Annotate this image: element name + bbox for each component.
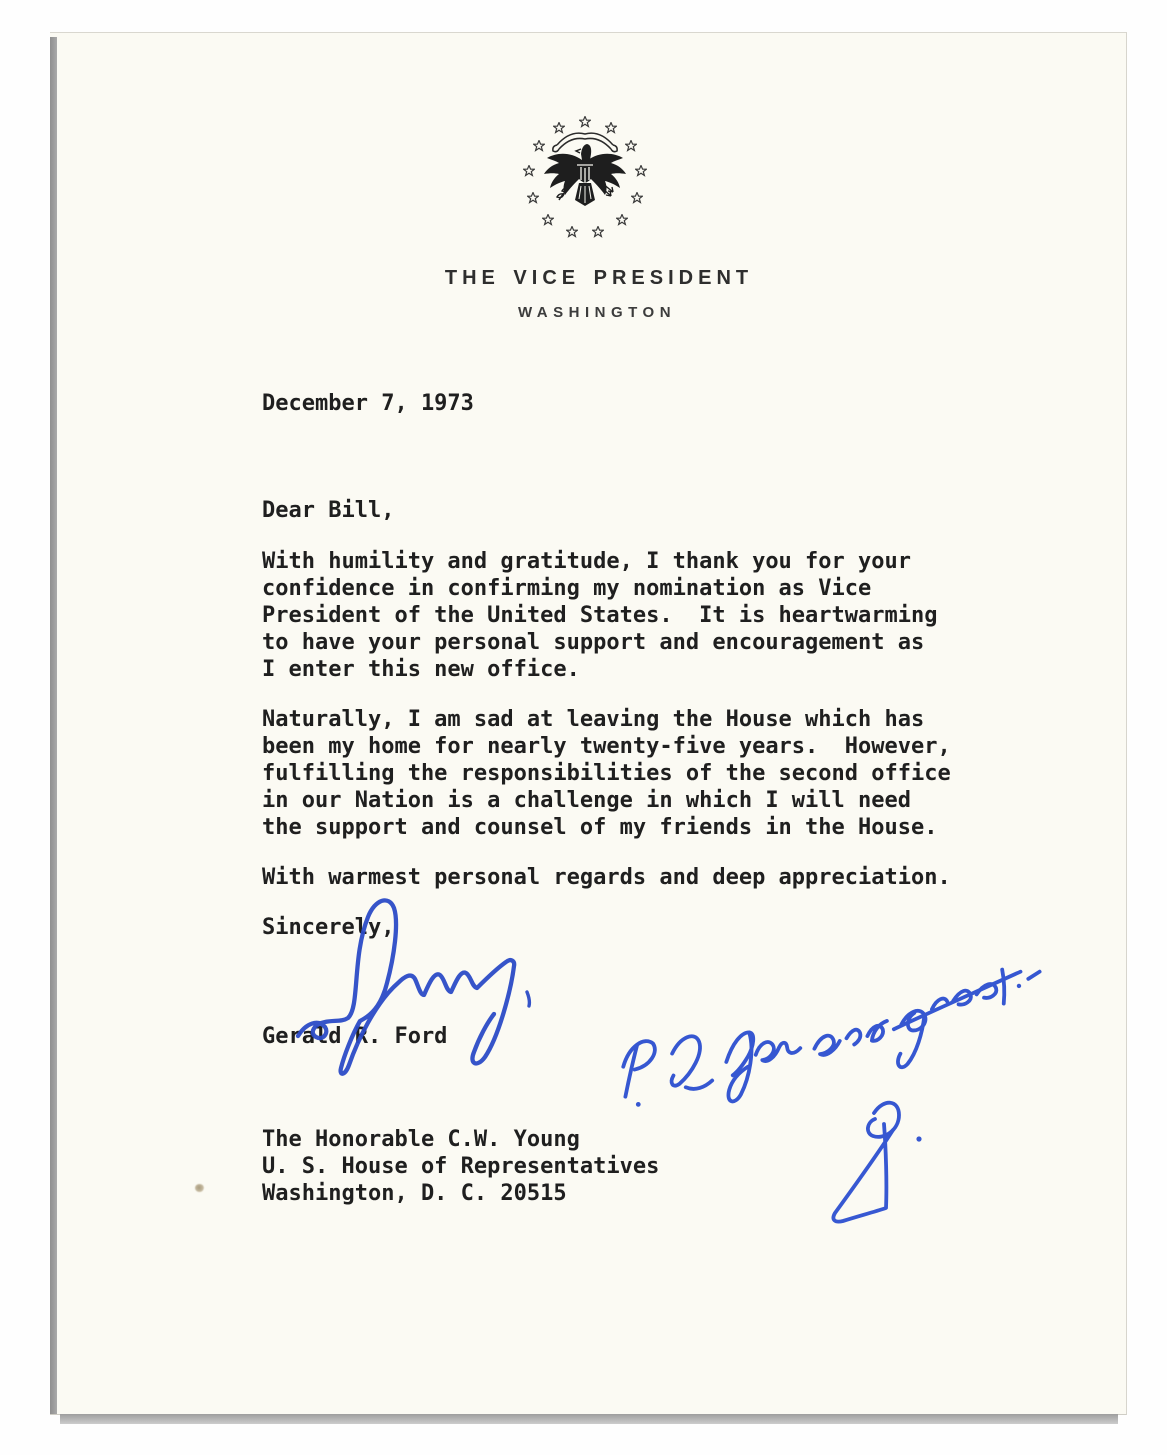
signature-jerry-handwriting (290, 895, 540, 1105)
paper-speck (195, 1184, 204, 1192)
scan-background: THE VICE PRESIDENT WASHINGTON December 7… (0, 0, 1167, 1455)
postscript-handwriting (612, 943, 1062, 1263)
recipient-address: The Honorable C.W. Young U. S. House of … (262, 1126, 659, 1207)
postscript-initial-strokes (833, 1103, 921, 1222)
letterhead-title: THE VICE PRESIDENT (50, 267, 1126, 290)
paper-bottom-shadow (60, 1414, 1118, 1424)
body-paragraph-2: Naturally, I am sad at leaving the House… (262, 706, 951, 841)
seal-eagle (544, 133, 626, 206)
postscript-text-strokes (616, 966, 1049, 1113)
eagle-seal-icon (523, 114, 647, 240)
paper-left-edge-shadow (50, 37, 57, 1414)
body-paragraph-3: With warmest personal regards and deep a… (262, 864, 951, 891)
letter-paper: THE VICE PRESIDENT WASHINGTON December 7… (50, 32, 1127, 1415)
letterhead-subtitle: WASHINGTON (50, 304, 1126, 321)
salutation: Dear Bill, (262, 497, 394, 524)
body-paragraph-1: With humility and gratitude, I thank you… (262, 548, 938, 683)
date-line: December 7, 1973 (262, 390, 474, 417)
